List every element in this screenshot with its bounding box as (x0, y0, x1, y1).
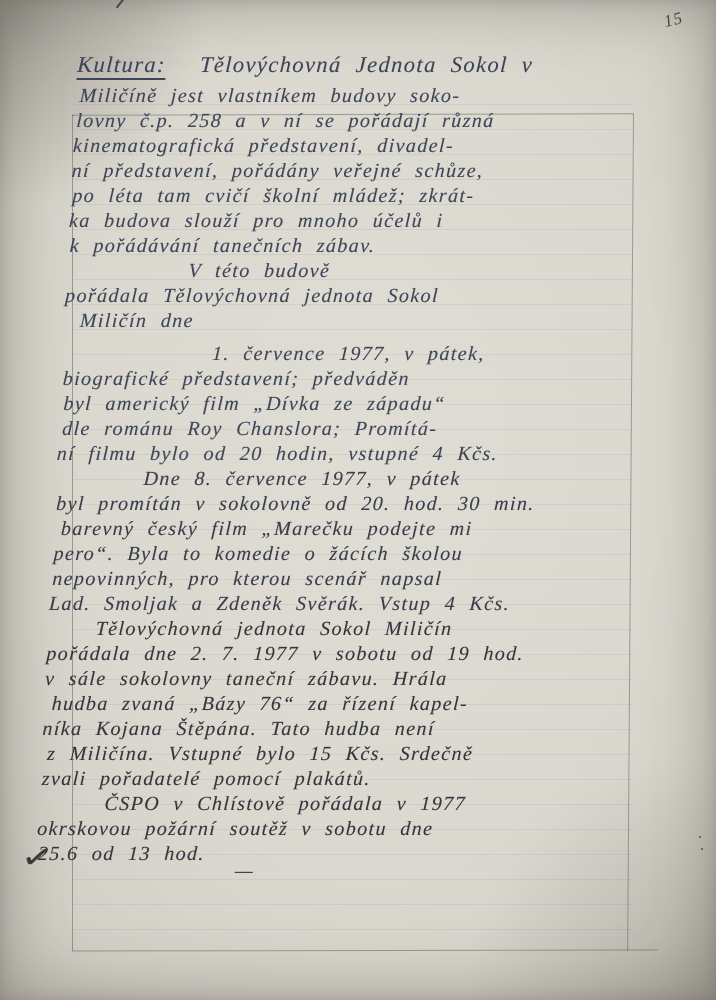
handwritten-line: kinematografická představení, divadel- (72, 134, 649, 159)
margin-checkmark: ✓ (19, 836, 56, 877)
handwritten-line: Dne 8. července 1977, v pátek (55, 467, 632, 492)
chronicle-page-photo: 15 ✓ Kultura:Tělovýchovná Jednota Sokol … (0, 0, 716, 1000)
handwritten-line: okrskovou požární soutěž v sobotu dne (36, 817, 613, 842)
handwritten-line: po léta tam cvičí školní mládež; zkrát- (70, 184, 647, 209)
handwritten-line: Miličíně jest vlastníkem budovy soko- (75, 84, 652, 109)
ink-speck (701, 848, 703, 850)
handwritten-line: ní filmu bylo od 20 hodin, vstupné 4 Kčs… (56, 442, 633, 467)
handwritten-line: v sále sokolovny taneční zábavu. Hrála (44, 667, 621, 692)
ink-speck (699, 836, 701, 838)
handwritten-line: pero“. Byla to komedie o žácích školou (51, 542, 628, 567)
handwritten-line: lovny č.p. 258 a v ní se pořádají různá (74, 109, 651, 134)
handwritten-line: níka Kojana Štěpána. Tato hudba není (42, 717, 619, 742)
handwritten-line: Tělovýchovná jednota Sokol Miličín (47, 617, 624, 642)
handwritten-line: nepovinných, pro kterou scenář napsal (50, 567, 627, 592)
handwritten-line: ka budova slouží pro mnoho účelů i (68, 209, 645, 234)
heading-text: Tělovýchovná Jednota Sokol v (199, 52, 534, 77)
handwritten-line: hudba zvaná „Bázy 76“ za řízení kapel- (43, 692, 620, 717)
handwritten-line: dle románu Roy Chanslora; Promítá- (57, 417, 634, 442)
handwritten-text-column: Kultura:Tělovýchovná Jednota Sokol v Mil… (34, 50, 654, 884)
handwritten-line: Lad. Smoljak a Zdeněk Svěrák. Vstup 4 Kč… (48, 592, 625, 617)
handwritten-line: k pořádávání tanečních zábav. (67, 234, 644, 259)
pencil-border-bottom (72, 949, 658, 951)
handwritten-line: biografické představení; předváděn (60, 367, 637, 392)
handwritten-line: 1. července 1977, v pátek, (61, 342, 638, 367)
handwritten-line: z Miličína. Vstupné bylo 15 Kčs. Srdečně (40, 742, 617, 767)
handwritten-line: ČSPO v Chlístově pořádala v 1977 (38, 792, 615, 817)
handwritten-line: ní představení, pořádány veřejné schůze, (71, 159, 648, 184)
handwritten-line: Miličín dne (63, 309, 640, 334)
handwritten-line: barevný český film „Marečku podejte mi (52, 517, 629, 542)
handwritten-line: byl promítán v sokolovně od 20. hod. 30 … (54, 492, 631, 517)
handwritten-line: byl americký film „Dívka ze západu“ (59, 392, 636, 417)
handwritten-line: pořádala dne 2. 7. 1977 v sobotu od 19 h… (46, 642, 623, 667)
section-heading: Kultura:Tělovýchovná Jednota Sokol v (76, 50, 654, 84)
handwritten-line: pořádala Tělovýchovná jednota Sokol (64, 284, 641, 309)
heading-label: Kultura: (76, 52, 166, 80)
handwritten-line: zvali pořadatelé pomocí plakátů. (39, 767, 616, 792)
page-number: 15 (662, 8, 685, 32)
handwritten-line: V této budově (66, 259, 643, 284)
stray-ink-mark (116, 0, 124, 8)
